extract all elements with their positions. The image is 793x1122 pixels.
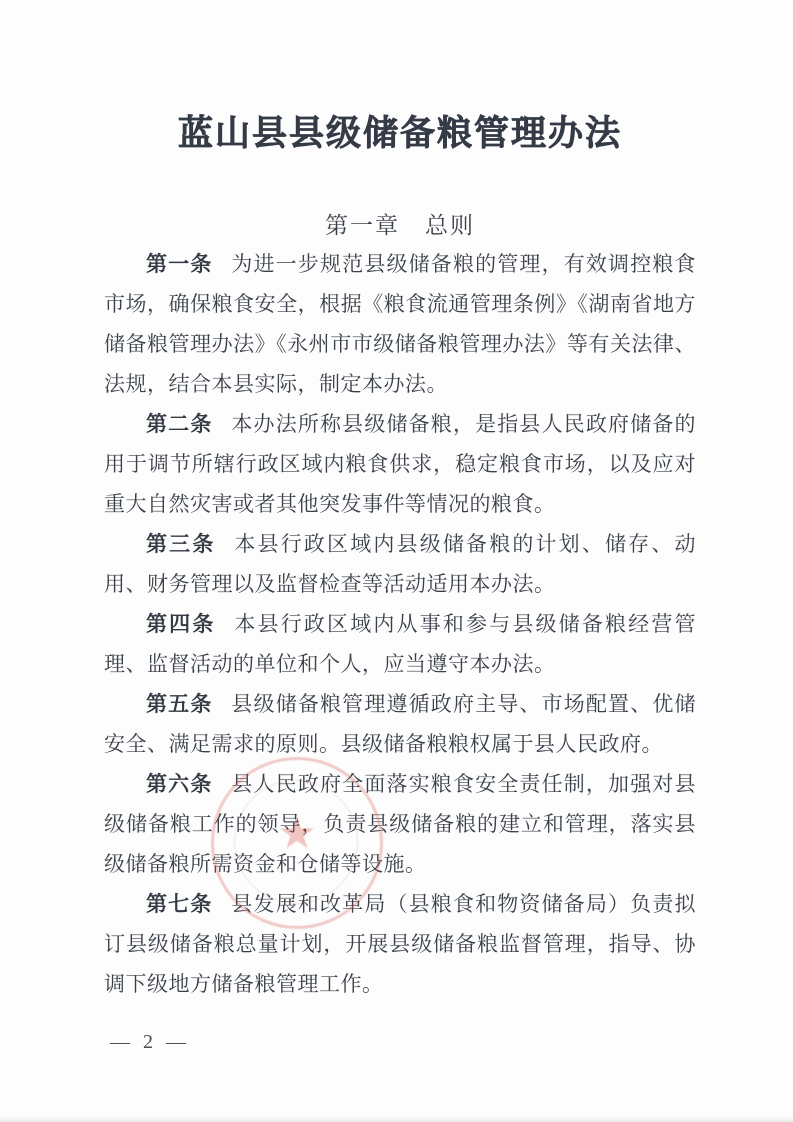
article-label: 第五条 xyxy=(146,692,212,716)
page-number: — 2 — xyxy=(110,1031,190,1054)
article-paragraph: 第三条本县行政区域内县级储备粮的计划、储存、动用、财务管理以及监督检查等活动适用… xyxy=(104,524,696,604)
article-paragraph: 第六条县人民政府全面落实粮食安全责任制，加强对县级储备粮工作的领导，负责县级储备… xyxy=(104,764,696,884)
article-label: 第三条 xyxy=(146,532,216,556)
document-title: 蓝山县县级储备粮管理办法 xyxy=(100,106,700,156)
article-label: 第七条 xyxy=(146,892,212,916)
article-label: 第四条 xyxy=(146,612,216,636)
article-paragraph: 第一条为进一步规范县级储备粮的管理，有效调控粮食市场，确保粮食安全，根据《粮食流… xyxy=(104,244,696,404)
article-paragraph: 第四条本县行政区域内从事和参与县级储备粮经营管理、监督活动的单位和个人，应当遵守… xyxy=(104,604,696,684)
article-paragraph: 第二条本办法所称县级储备粮，是指县人民政府储备的用于调节所辖行政区域内粮食供求，… xyxy=(104,404,696,524)
document-body: 第一条为进一步规范县级储备粮的管理，有效调控粮食市场，确保粮食安全，根据《粮食流… xyxy=(104,244,696,1004)
article-label: 第二条 xyxy=(146,412,212,436)
chapter-heading: 第一章 总则 xyxy=(100,207,700,240)
article-label: 第一条 xyxy=(146,252,212,276)
article-label: 第六条 xyxy=(146,772,212,796)
document-page: 蓝山县县级储备粮管理办法 第一章 总则 第一条为进一步规范县级储备粮的管理，有效… xyxy=(0,0,793,1122)
article-paragraph: 第五条县级储备粮管理遵循政府主导、市场配置、优储安全、满足需求的原则。县级储备粮… xyxy=(104,684,696,764)
article-paragraph: 第七条县发展和改革局（县粮食和物资储备局）负责拟订县级储备粮总量计划，开展县级储… xyxy=(104,884,696,1004)
